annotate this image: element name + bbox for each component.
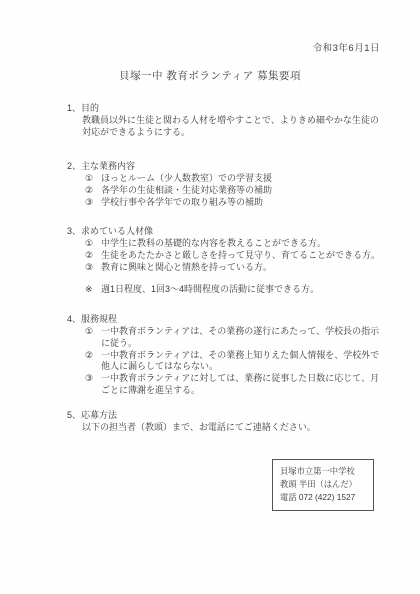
item-text: 教育に興味と関心と情熱を持っている方。 xyxy=(101,262,387,274)
list-item: ② 一中教育ボランティアは、その業務上知りえた個人情報を、学校外で他人に漏らして… xyxy=(85,350,387,373)
list-item: ① 一中教育ボランティアは、その業務の遂行にあたって、学校長の指示に従う。 xyxy=(85,326,387,349)
item-text: 中学生に教科の基礎的な内容を教えることができる方。 xyxy=(101,238,387,250)
item-marker: ③ xyxy=(85,373,101,396)
item-marker: ② xyxy=(85,250,101,262)
section-desired-profile: 3、求めている人材像 ① 中学生に教科の基礎的な内容を教えることができる方。 ②… xyxy=(67,226,387,295)
section-heading: 3、求めている人材像 xyxy=(67,226,387,238)
item-text: 一中教育ボランティアは、その業務の遂行にあたって、学校長の指示に従う。 xyxy=(101,326,387,349)
item-marker: ③ xyxy=(85,262,101,274)
section-heading-text: 服務規程 xyxy=(81,314,117,324)
section-number: 4、 xyxy=(67,314,81,326)
list-item: ③ 一中教育ボランティアに対しては、業務に従事した日数に応じて、月ごとに薄謝を進… xyxy=(85,373,387,396)
item-marker: ① xyxy=(85,238,101,250)
section-body: 教職員以外に生徒と関わる人材を増やすことで、よりきめ細やかな生徒の対応ができるよ… xyxy=(82,115,387,138)
item-text: ほっとルーム（少人数教室）での学習支援 xyxy=(101,173,387,185)
document-date: 令和3年6月1日 xyxy=(313,43,380,55)
item-marker: ① xyxy=(85,326,101,349)
item-text: 一中教育ボランティアは、その業務上知りえた個人情報を、学校外で他人に漏らしてはな… xyxy=(101,350,387,373)
section-number: 3、 xyxy=(67,226,81,238)
section-number: 1、 xyxy=(67,103,81,115)
list-item: ② 生徒をあたたかさと厳しさを持って見守り、育てることができる方。 xyxy=(85,250,387,262)
contact-box: 貝塚市立第一中学校 教頭 半田（はんだ） 電話 072 (422) 1527 xyxy=(272,459,374,511)
list-item: ① ほっとルーム（少人数教室）での学習支援 xyxy=(85,173,387,185)
section-service-rules: 4、服務規程 ① 一中教育ボランティアは、その業務の遂行にあたって、学校長の指示… xyxy=(67,314,387,396)
document-page: 令和3年6月1日 貝塚一中 教育ボランティア 募集要項 1、目的 教職員以外に生… xyxy=(0,0,420,594)
note-line: ※ 週1日程度、1回3～4時間程度の活動に従事できる方。 xyxy=(85,284,387,296)
section-heading-text: 目的 xyxy=(81,103,99,113)
section-number: 5、 xyxy=(67,410,81,422)
section-application-method: 5、応募方法 以下の担当者（教頭）まで、お電話にてご連絡ください。 xyxy=(67,410,387,434)
section-purpose: 1、目的 教職員以外に生徒と関わる人材を増やすことで、よりきめ細やかな生徒の対応… xyxy=(67,103,387,138)
section-heading-text: 求めている人材像 xyxy=(81,226,153,236)
section-heading: 4、服務規程 xyxy=(67,314,387,326)
section-body: 以下の担当者（教頭）まで、お電話にてご連絡ください。 xyxy=(82,422,387,434)
section-duties: 2、主な業務内容 ① ほっとルーム（少人数教室）での学習支援 ② 各学年の生徒相… xyxy=(67,161,387,209)
list-item: ③ 教育に興味と関心と情熱を持っている方。 xyxy=(85,262,387,274)
list-item: ① 中学生に教科の基礎的な内容を教えることができる方。 xyxy=(85,238,387,250)
section-heading: 1、目的 xyxy=(67,103,387,115)
item-text: 各学年の生徒相談・生徒対応業務等の補助 xyxy=(101,185,387,197)
contact-person: 教頭 半田（はんだ） xyxy=(280,478,366,491)
section-heading: 5、応募方法 xyxy=(67,410,387,422)
note-text: 週1日程度、1回3～4時間程度の活動に従事できる方。 xyxy=(101,284,387,296)
note-marker: ※ xyxy=(85,284,101,296)
item-marker: ② xyxy=(85,185,101,197)
section-heading-text: 応募方法 xyxy=(81,410,117,420)
list-item: ② 各学年の生徒相談・生徒対応業務等の補助 xyxy=(85,185,387,197)
item-marker: ③ xyxy=(85,197,101,209)
item-text: 学校行事や各学年での取り組み等の補助 xyxy=(101,197,387,209)
item-marker: ② xyxy=(85,350,101,373)
contact-school-name: 貝塚市立第一中学校 xyxy=(280,465,366,478)
item-marker: ① xyxy=(85,173,101,185)
contact-phone: 電話 072 (422) 1527 xyxy=(280,491,366,504)
page-title: 貝塚一中 教育ボランティア 募集要項 xyxy=(0,71,420,83)
item-text: 生徒をあたたかさと厳しさを持って見守り、育てることができる方。 xyxy=(101,250,387,262)
list-item: ③ 学校行事や各学年での取り組み等の補助 xyxy=(85,197,387,209)
section-number: 2、 xyxy=(67,161,81,173)
section-heading-text: 主な業務内容 xyxy=(81,161,135,171)
item-text: 一中教育ボランティアに対しては、業務に従事した日数に応じて、月ごとに薄謝を進呈す… xyxy=(101,373,387,396)
section-heading: 2、主な業務内容 xyxy=(67,161,387,173)
